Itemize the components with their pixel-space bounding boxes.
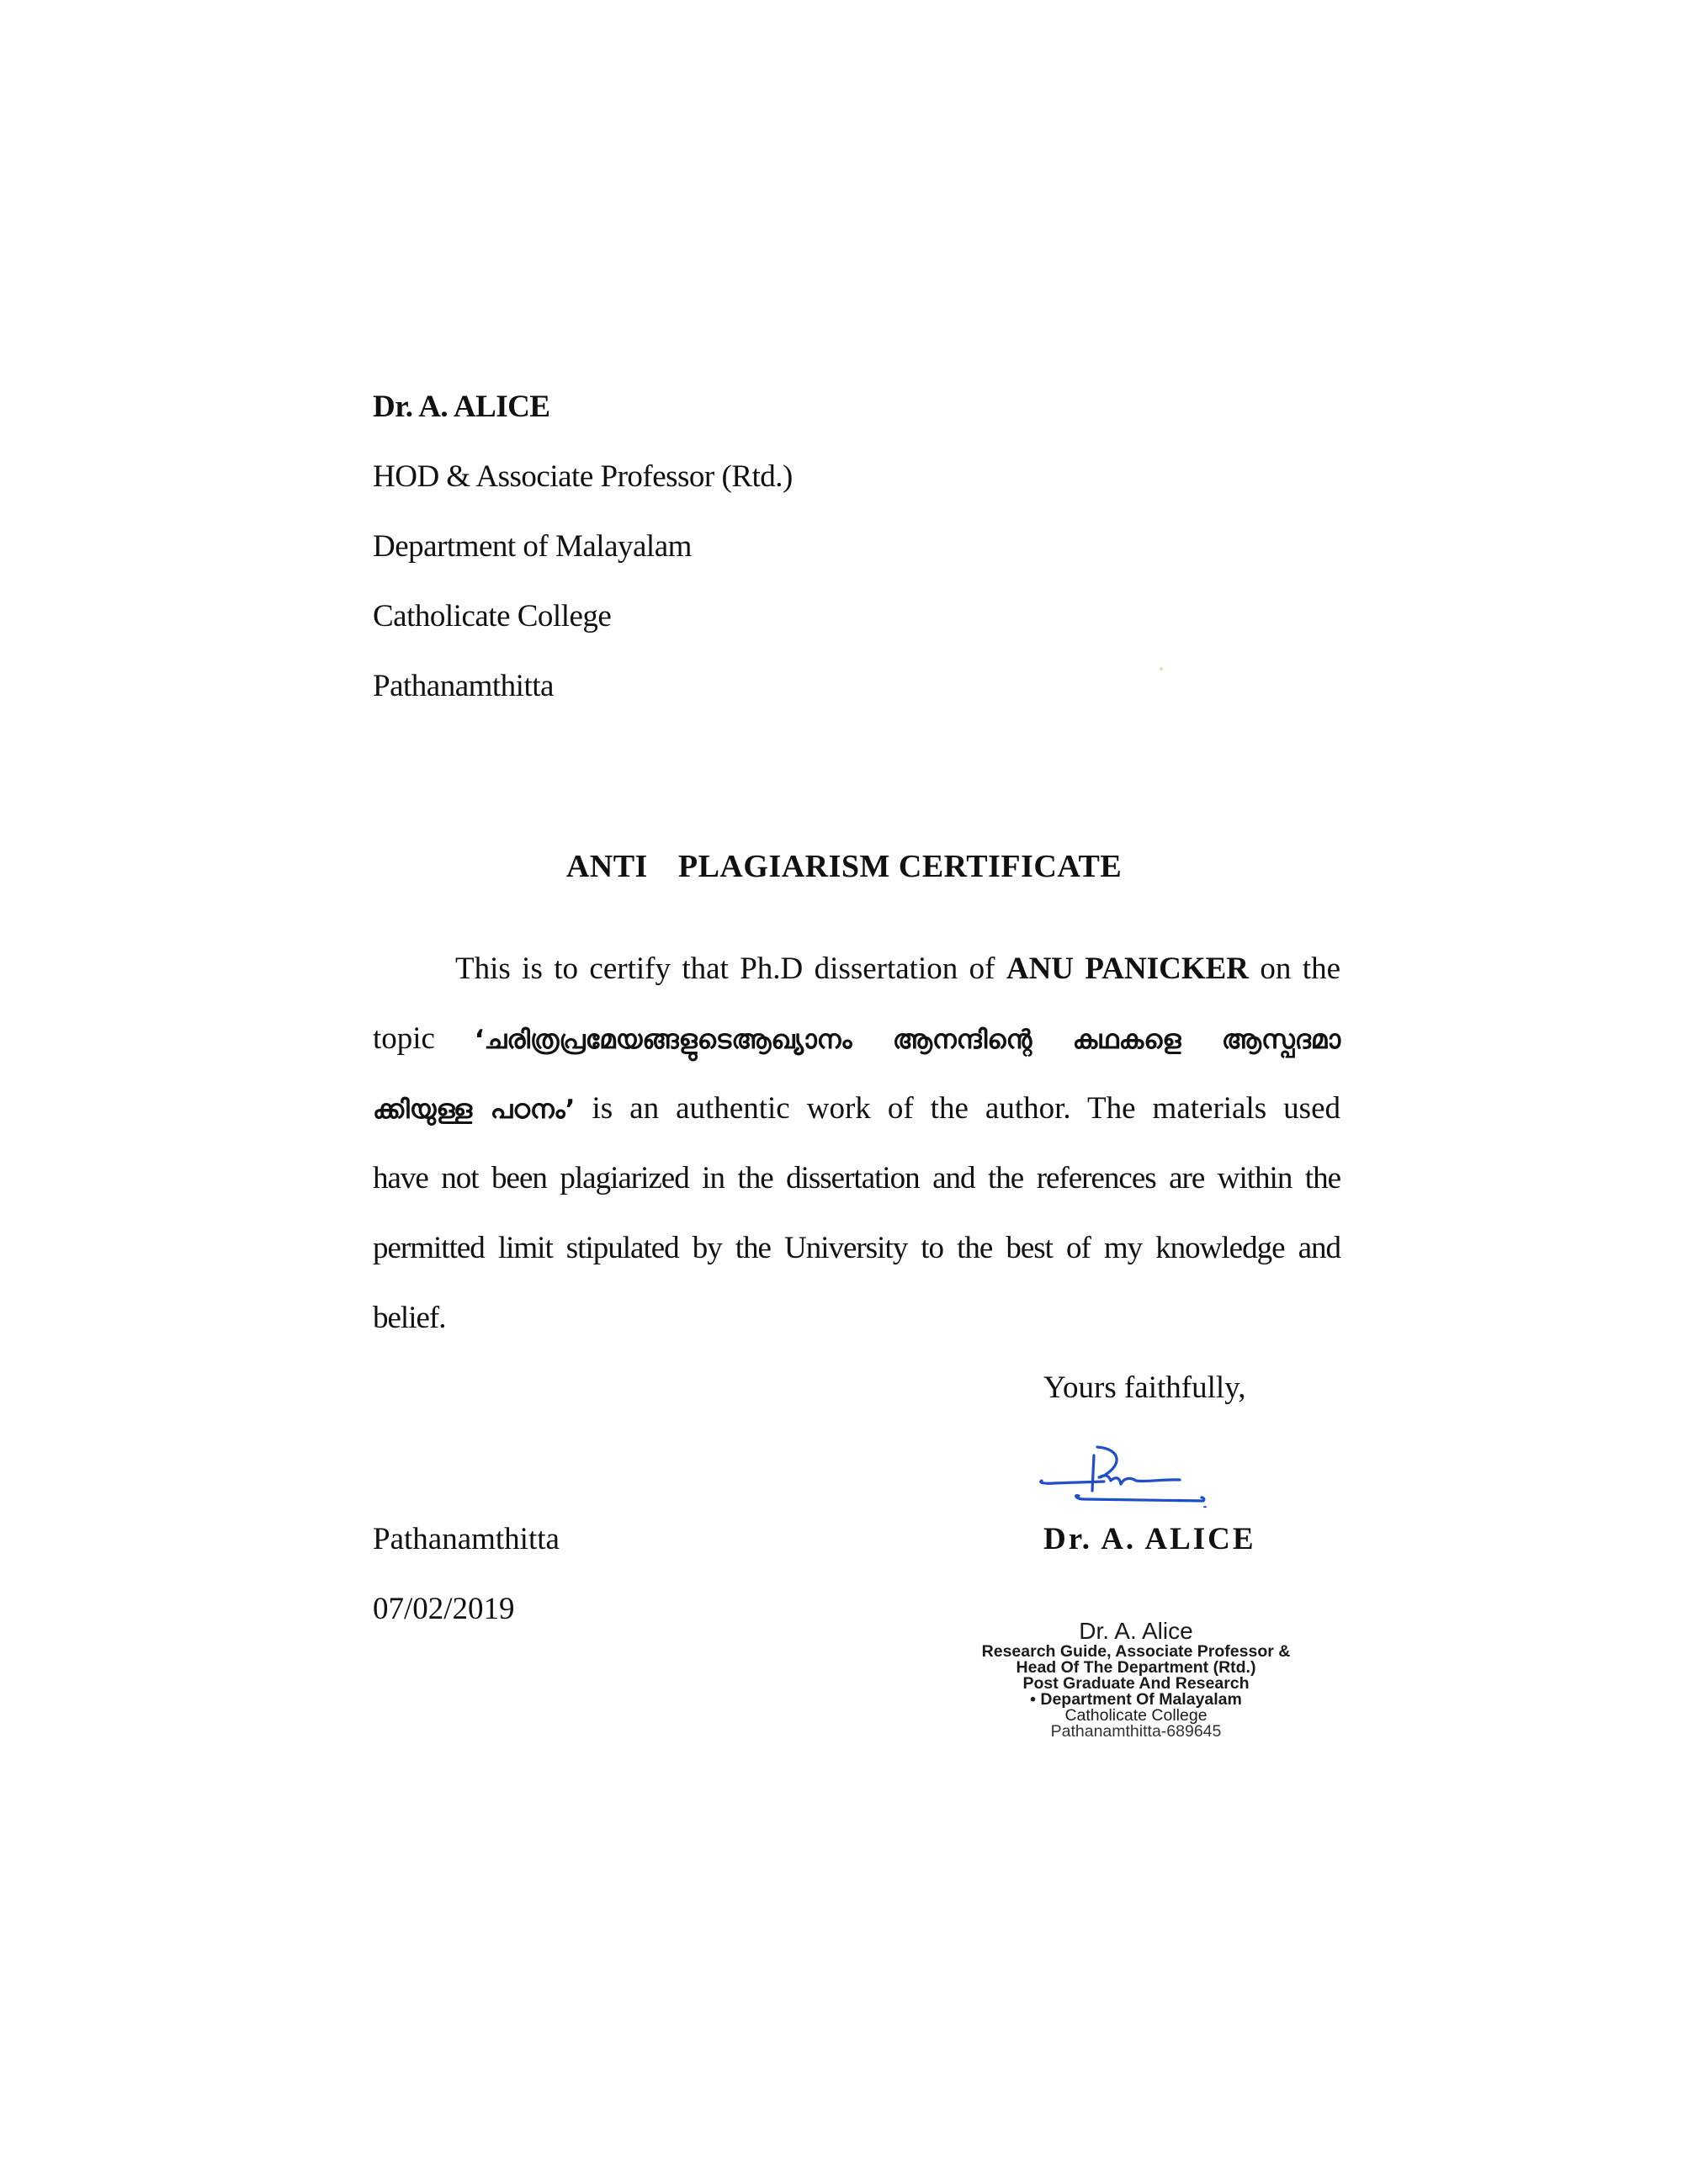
dissertation-topic-part2: ക്കിയുള്ള പഠനം’ [373,1095,575,1125]
body-line-6: belief. [373,1300,1340,1336]
body-text: is an authentic work of the author. The … [575,1091,1340,1126]
paper-speck [1160,667,1163,671]
body-text: topic [373,1021,475,1056]
author-name: Dr. A. ALICE [373,389,550,425]
certificate-title: ANTIPLAGIARISM CERTIFICATE [0,848,1688,885]
stamp-name: Dr. A. Alice [926,1619,1346,1644]
stamp-line: Pathanamthitta-689645 [926,1724,1346,1740]
title-rest: PLAGIARISM CERTIFICATE [678,848,1122,885]
body-line-1: This is to certify that Ph.D dissertatio… [373,951,1340,987]
body-line-4: have not been plagiarized in the dissert… [373,1160,1340,1196]
author-college: Catholicate College [373,598,611,634]
footer-place: Pathanamthitta [373,1521,560,1557]
author-department: Department of Malayalam [373,528,692,565]
signatory-name: Dr. A. ALICE [1043,1521,1256,1557]
footer-date: 07/02/2019 [373,1591,515,1627]
body-line-3: ക്കിയുള്ള പഠനം’ is an authentic work of … [373,1090,1340,1126]
title-word-anti: ANTI [566,848,648,885]
body-text: on the [1249,952,1340,986]
author-designation: HOD & Associate Professor (Rtd.) [373,459,793,495]
dissertation-topic-part1: ‘ചരിത്രപ്രമേയങ്ങളുടെആഖ്യാനം ആനന്ദിന്റെ ക… [475,1025,1340,1055]
closing-salutation: Yours faithfully, [1043,1370,1246,1406]
body-text: This is to certify that Ph.D dissertatio… [455,952,1006,986]
body-line-5: permitted limit stipulated by the Univer… [373,1230,1340,1266]
body-line-2: topic ‘ചരിത്രപ്രമേയങ്ങളുടെആഖ്യാനം ആനന്ദി… [373,1020,1340,1057]
author-place: Pathanamthitta [373,668,554,704]
candidate-name: ANU PANICKER [1006,952,1249,986]
signature-icon [1037,1440,1222,1508]
official-stamp: Dr. A. Alice Research Guide, Associate P… [926,1619,1346,1740]
